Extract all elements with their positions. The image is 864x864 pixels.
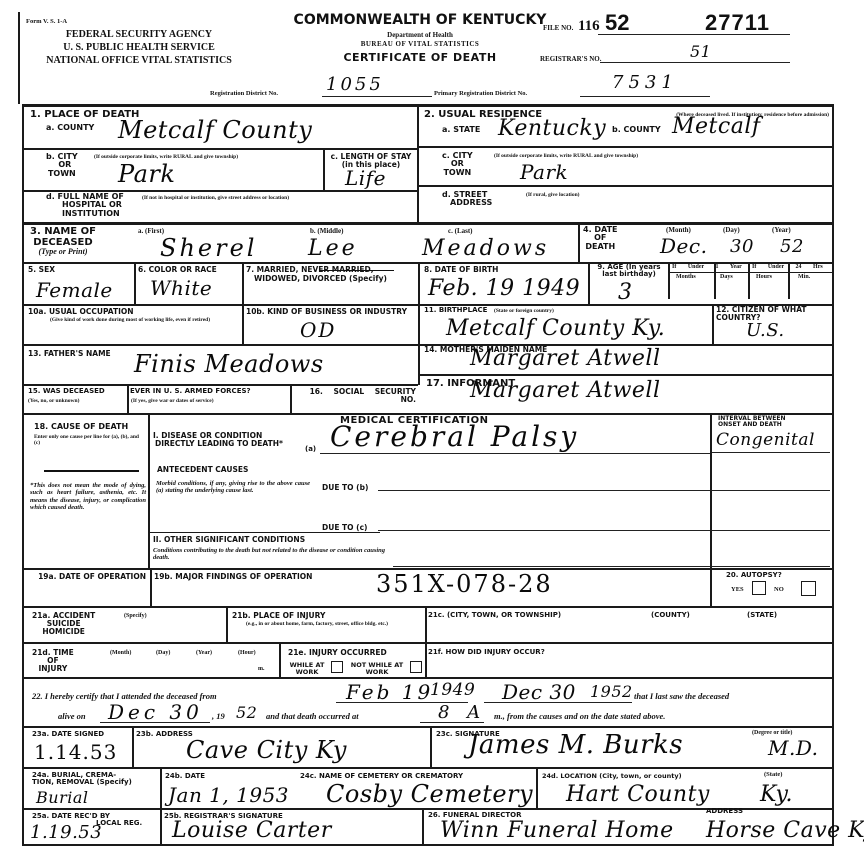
never-married-strike <box>320 270 394 271</box>
autopsy-yes-checkbox[interactable] <box>752 581 766 595</box>
not-while-at-work-checkbox[interactable] <box>410 661 422 673</box>
dod-year-label: (Year) <box>772 227 791 235</box>
part-1-label: I. DISEASE OR CONDITION DIRECTLY LEADING… <box>153 432 283 448</box>
name-l3: (Type or Print) <box>30 248 96 256</box>
funeral-address-value: Horse Cave Ky <box>706 818 864 843</box>
last-name-value: Meadows <box>422 236 549 261</box>
cert-to-year: 1952 <box>590 682 633 701</box>
file-no-label: FILE NO. <box>543 25 573 33</box>
injury-year-label: (Year) <box>196 650 212 657</box>
color-label: 6. COLOR OR RACE <box>138 266 217 274</box>
armed-label-b: EVER IN U. S. ARMED FORCES? <box>130 388 251 395</box>
file-no-year: 52 <box>605 10 629 36</box>
age-label: 9. AGE (In years last birthday) <box>592 264 666 279</box>
burial-l2: TION, REMOVAL (Specify) <box>32 779 132 786</box>
residence-street-label: d. STREET ADDRESS <box>442 191 492 208</box>
department: Department of Health <box>270 32 570 40</box>
registrars-no: 51 <box>690 42 711 61</box>
armed-note-a: (Yes, no, or unknown) <box>28 398 79 404</box>
cert-alive-year: 52 <box>236 703 257 722</box>
file-no-number: 27711 <box>705 10 770 36</box>
months-label: Months <box>676 274 696 281</box>
autopsy-no-checkbox[interactable] <box>801 581 816 596</box>
part-2-label: II. OTHER SIGNIFICANT CONDITIONS <box>153 536 305 544</box>
primary-district: 7531 <box>612 72 678 93</box>
pod-hospital-label-3: INSTITUTION <box>46 210 124 218</box>
agency-line-2: U. S. PUBLIC HEALTH SERVICE <box>24 41 254 54</box>
location-value: Hart County <box>566 782 710 807</box>
part-2-note: Conditions contributing to the death but… <box>153 547 393 562</box>
location-label: 24d. LOCATION (City, town, or county) <box>542 773 682 780</box>
pod-hospital-note: (If not in hospital or institution, give… <box>142 195 289 201</box>
autopsy-yes-label: YES <box>731 586 744 593</box>
interval-a-value: Congenital <box>716 430 815 450</box>
res-city-l3: TOWN <box>442 169 473 177</box>
how-injury-label: 21f. HOW DID INJURY OCCUR? <box>428 649 545 656</box>
residence-city-label: c. CITY OR TOWN <box>442 152 473 177</box>
business-value: OD <box>300 318 336 342</box>
dob-label: 8. DATE OF BIRTH <box>424 266 498 274</box>
cause-of-death-label: 18. CAUSE OF DEATH <box>34 423 128 431</box>
cause-note: Enter only one cause per line for (a), (… <box>34 434 144 446</box>
cause-a-value: Cerebral Palsy <box>330 420 579 453</box>
ssn-label: 16. SOCIAL SECURITY NO. <box>294 388 416 404</box>
address-label: 23b. ADDRESS <box>136 731 193 738</box>
birthplace-label: 11. BIRTHPLACE <box>424 307 487 314</box>
cert-alive-year-prefix: , 19 <box>212 712 225 722</box>
injury-city-label: 21c. (CITY, TOWN, OR TOWNSHIP) <box>428 612 561 619</box>
due-to-c-label: DUE TO (c) <box>322 524 367 532</box>
cert-from-date: Feb 19 <box>346 680 433 704</box>
dob-value: Feb. 19 1949 <box>428 276 580 301</box>
burial-label: 24a. BURIAL, CREMA- TION, REMOVAL (Speci… <box>32 772 132 787</box>
cert-alive-on: Dec 30 <box>108 700 203 724</box>
occupation-note: (Give kind of work done during most of w… <box>50 317 238 323</box>
married-label-2: WIDOWED, DIVORCED (Specify) <box>254 275 387 283</box>
funeral-director-value: Winn Funeral Home <box>440 818 674 843</box>
sex-value: Female <box>36 278 113 302</box>
operation-findings-label: 19b. MAJOR FINDINGS OF OPERATION <box>154 573 312 581</box>
birthplace-value: Metcalf County Ky. <box>446 316 665 341</box>
accident-label: 21a. ACCIDENT SUICIDE HOMICIDE <box>32 612 95 636</box>
antecedent-label: ANTECEDENT CAUSES <box>157 466 248 474</box>
cert-line-2a: alive on <box>58 712 86 722</box>
cert-time: 8 A <box>438 702 486 723</box>
agency-block: FEDERAL SECURITY AGENCY U. S. PUBLIC HEA… <box>24 28 254 67</box>
autopsy-no-label: NO <box>774 586 784 593</box>
address-value: Cave City Ky <box>186 736 347 764</box>
pod-hospital-label: d. FULL NAME OF HOSPITAL OR INSTITUTION <box>46 193 124 218</box>
primary-district-label: Primary Registration District No. <box>434 90 527 97</box>
bureau: BUREAU OF VITAL STATISTICS <box>270 41 570 49</box>
min-label: Min. <box>798 274 810 281</box>
dod-year: 52 <box>780 236 804 257</box>
file-no-prefix: 116 <box>578 18 600 35</box>
res-street-l2: ADDRESS <box>442 199 492 207</box>
injury-state-label: (STATE) <box>747 612 777 619</box>
dod-day: 30 <box>730 236 754 257</box>
registration-district-label: Registration District No. <box>210 90 278 97</box>
registration-district: 1055 <box>326 74 384 95</box>
residence-street-note: (If rural, give location) <box>526 192 579 198</box>
autopsy-label: 20. AUTOPSY? <box>726 572 782 579</box>
under-24-hrs-label: If Under 24 Hrs <box>752 264 823 271</box>
place-of-injury-note: (e.g., in or about home, farm, factory, … <box>246 621 422 627</box>
burial-date-label: 24b. DATE <box>165 773 205 780</box>
last-name-label: c. (Last) <box>448 228 473 236</box>
while-at-work-checkbox[interactable] <box>331 661 343 673</box>
pod-stay-value: Life <box>345 166 386 190</box>
form-header: Form V. S. 1-A FEDERAL SECURITY AGENCY U… <box>0 0 864 104</box>
pod-county-value: Metcalf County <box>118 116 312 144</box>
middle-name-value: Lee <box>308 236 358 261</box>
color-value: White <box>150 276 212 300</box>
cert-from-year: 1949 <box>430 680 475 700</box>
name-l1: 3. NAME OF <box>30 227 96 238</box>
injury-county-label: (COUNTY) <box>651 612 690 619</box>
while-at-work-label: WHILE AT WORK <box>284 662 330 675</box>
first-name-value: Sherel <box>160 234 257 262</box>
time-l3: INJURY <box>32 665 74 673</box>
dod-month: Dec. <box>660 234 707 258</box>
dod-day-label: (Day) <box>723 227 740 235</box>
medical-footnote: *This does not mean the mode of dying, s… <box>30 482 146 512</box>
cert-line-2b: and that death occurred at <box>266 712 359 722</box>
residence-state-label: a. STATE <box>442 126 480 134</box>
injury-occurred-label: 21e. INJURY OCCURRED <box>288 649 387 657</box>
pod-county-label: a. COUNTY <box>46 124 94 132</box>
birthplace-note: (State or foreign country) <box>494 308 554 314</box>
date-of-death-label: 4. DATE OF DEATH <box>583 226 618 251</box>
due-to-b-label: DUE TO (b) <box>322 484 368 492</box>
agency-line-1: FEDERAL SECURITY AGENCY <box>24 28 254 41</box>
date-received-value: 1.19.53 <box>30 822 102 843</box>
father-value: Finis Meadows <box>134 350 324 378</box>
cert-line-2c: m., from the causes and on the date stat… <box>494 712 665 722</box>
antecedent-note: Morbid conditions, if any, giving rise t… <box>156 480 310 495</box>
dod-l3: DEATH <box>583 243 618 251</box>
accident-specify: (Specify) <box>124 613 147 620</box>
residence-state-value: Kentucky <box>498 116 606 141</box>
sex-label: 5. SEX <box>28 266 55 274</box>
under-1-year-label: If Under 1 Year <box>672 264 742 271</box>
location-state-label: (State) <box>764 771 782 778</box>
pod-city-label: b. CITY OR TOWN <box>46 153 78 178</box>
citizen-value: U.S. <box>746 320 785 341</box>
operation-findings-value: 351X-078-28 <box>376 570 553 598</box>
business-label: 10b. KIND OF BUSINESS OR INDUSTRY <box>246 308 414 316</box>
burial-date-value: Jan 1, 1953 <box>168 783 289 807</box>
burial-value: Burial <box>36 788 88 807</box>
place-of-injury-label: 21b. PLACE OF INJURY <box>232 612 325 620</box>
date-signed-value: 1.14.53 <box>34 740 117 764</box>
registrar-signature-value: Louise Carter <box>172 818 332 843</box>
cause-divider <box>44 470 139 472</box>
cemetery-value: Cosby Cemetery <box>326 780 533 808</box>
armed-label-a: 15. WAS DECEASED <box>28 388 105 395</box>
registrars-no-label: REGISTRAR'S NO. <box>540 56 601 64</box>
cause-a-label: (a) <box>305 446 316 453</box>
form-number: Form V. S. 1-A <box>26 18 67 25</box>
residence-county-value: Metcalf <box>672 114 761 139</box>
state-title: COMMONWEALTH OF KENTUCKY <box>270 12 570 28</box>
deceased-name-label: 3. NAME OF DECEASED (Type or Print) <box>30 227 96 256</box>
signature-value: James M. Burks <box>468 730 683 760</box>
residence-city-value: Park <box>520 160 568 184</box>
interval-l2: ONSET AND DEATH <box>718 422 785 428</box>
middle-name-label: b. (Middle) <box>310 228 343 236</box>
not-while-at-work-label: NOT WHILE AT WORK <box>344 662 410 675</box>
accident-l3: HOMICIDE <box>32 628 95 636</box>
injury-m-label: m. <box>258 666 265 673</box>
mother-value: Margaret Atwell <box>470 346 661 371</box>
cert-to-date: Dec 30 <box>502 680 576 704</box>
informant-value: Margaret Atwell <box>470 378 661 403</box>
pod-city-value: Park <box>118 160 175 188</box>
operation-date-label: 19a. DATE OF OPERATION <box>34 573 146 581</box>
armed-note-b: (If yes, give war or dates of service) <box>131 398 214 404</box>
date-signed-label: 23a. DATE SIGNED <box>32 731 104 738</box>
residence-city-note: (If outside corporate limits, write RURA… <box>494 153 638 159</box>
funeral-address-label: ADDRESS <box>706 808 743 815</box>
cert-line-1b: that I last saw the deceased <box>634 692 729 702</box>
part-1-line-2: DIRECTLY LEADING TO DEATH* <box>153 440 283 448</box>
age-value: 3 <box>618 280 633 305</box>
hours-label: Hours <box>756 274 772 281</box>
interval-label: INTERVAL BETWEEN ONSET AND DEATH <box>718 416 785 429</box>
residence-county-label: b. COUNTY <box>612 126 661 134</box>
days-label: Days <box>720 274 733 281</box>
injury-hour-label: (Hour) <box>238 650 256 657</box>
time-of-injury-label: 21d. TIME OF INJURY <box>32 649 74 673</box>
injury-month-label: (Month) <box>110 650 131 657</box>
occupation-label: 10a. USUAL OCCUPATION <box>28 308 134 316</box>
father-label: 13. FATHER'S NAME <box>28 350 111 358</box>
degree-value: M.D. <box>768 736 819 760</box>
pod-city-label-3: TOWN <box>46 170 78 178</box>
agency-line-3: NATIONAL OFFICE VITAL STATISTICS <box>24 54 254 67</box>
certificate-title: CERTIFICATE OF DEATH <box>270 51 570 64</box>
injury-day-label: (Day) <box>156 650 170 657</box>
location-state-value: Ky. <box>760 782 793 807</box>
